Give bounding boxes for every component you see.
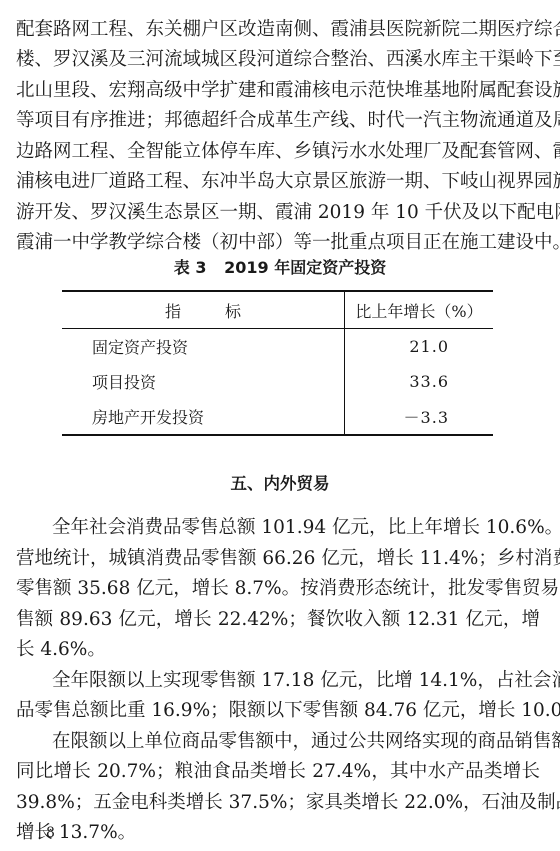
row-indicator: 房地产开发投资 <box>62 399 345 435</box>
text-line: 同比增长 20.7%；粮油食品类增长 27.4%，其中水产品类增长 <box>16 760 540 784</box>
table-caption-label: 表 3 <box>174 258 207 277</box>
header-indicator-char: 指 <box>165 302 181 321</box>
text-line: 品零售总额比重 16.9%；限额以下零售额 84.76 亿元，增长 10.0%。 <box>16 699 540 723</box>
text-line: 39.8%；五金电科类增长 37.5%；家具类增长 22.0%，石油及制品类 <box>16 791 540 815</box>
text-line: 售额 89.63 亿元，增长 22.42%；餐饮收入额 12.31 亿元，增 <box>16 608 540 632</box>
header-indicator-char: 标 <box>225 302 241 321</box>
text-line: 配套路网工程、东关棚户区改造南侧、霞浦县医院新院二期医疗综合 <box>16 18 540 42</box>
table-row: 项目投资 33.6 <box>62 364 493 399</box>
text-line: 在限额以上单位商品零售额中，通过公共网络实现的商品销售额 <box>16 730 540 754</box>
text-line: 楼、罗汉溪及三河流域城区段河道综合整治、西溪水库主干渠岭下至 <box>16 48 540 72</box>
row-indicator: 项目投资 <box>62 364 345 399</box>
table-header-row: 指标 比上年增长（%） <box>62 291 493 329</box>
text-line: 霞浦一中学教学综合楼（初中部）等一批重点项目正在施工建设中。 <box>16 231 540 255</box>
text-line: 浦核电进厂道路工程、东冲半岛大京景区旅游一期、下岐山视界园旅 <box>16 170 540 194</box>
text-line: 游开发、罗汉溪生态景区一期、霞浦 2019 年 10 千伏及以下配电网和 <box>16 201 540 225</box>
fixed-asset-investment-table: 指标 比上年增长（%） 固定资产投资 21.0 项目投资 33.6 房地产开发投… <box>62 290 493 436</box>
header-indicator: 指标 <box>62 291 345 329</box>
text-line: 边路网工程、全智能立体停车库、乡镇污水水处理厂及配套管网、霞 <box>16 140 540 164</box>
text-line: 全年社会消费品零售总额 101.94 亿元，比上年增长 10.6%。按经 <box>16 516 540 540</box>
table-row: 房地产开发投资 －3.3 <box>62 399 493 435</box>
text-line: 长 4.6%。 <box>16 638 540 662</box>
text-line: 营地统计，城镇消费品零售额 66.26 亿元，增长 11.4%；乡村消费品 <box>16 547 540 571</box>
text-line: 零售额 35.68 亿元，增长 8.7%。按消费形态统计，批发零售贸易业零 <box>16 577 540 601</box>
text-line: 增长 13.7%。 <box>16 821 540 845</box>
row-value: 21.0 <box>345 329 494 365</box>
text-line: 全年限额以上实现零售额 17.18 亿元，比增 14.1%，占社会消费 <box>16 669 540 693</box>
text-line: 等项目有序推进；邦德超纤合成革生产线、时代一汽主物流通道及周 <box>16 109 540 133</box>
row-value: 33.6 <box>345 364 494 399</box>
page-number: 8 <box>46 825 55 841</box>
text-line: 北山里段、宏翔高级中学扩建和霞浦核电示范快堆基地附属配套设施 <box>16 79 540 103</box>
table-caption-title: 2019 年固定资产投资 <box>224 258 386 277</box>
row-value: －3.3 <box>345 399 494 435</box>
section-title: 五、内外贸易 <box>0 474 560 494</box>
row-indicator: 固定资产投资 <box>62 329 345 365</box>
table-row: 固定资产投资 21.0 <box>62 329 493 365</box>
table-caption: 表 3 2019 年固定资产投资 <box>0 258 560 278</box>
header-growth: 比上年增长（%） <box>345 291 494 329</box>
